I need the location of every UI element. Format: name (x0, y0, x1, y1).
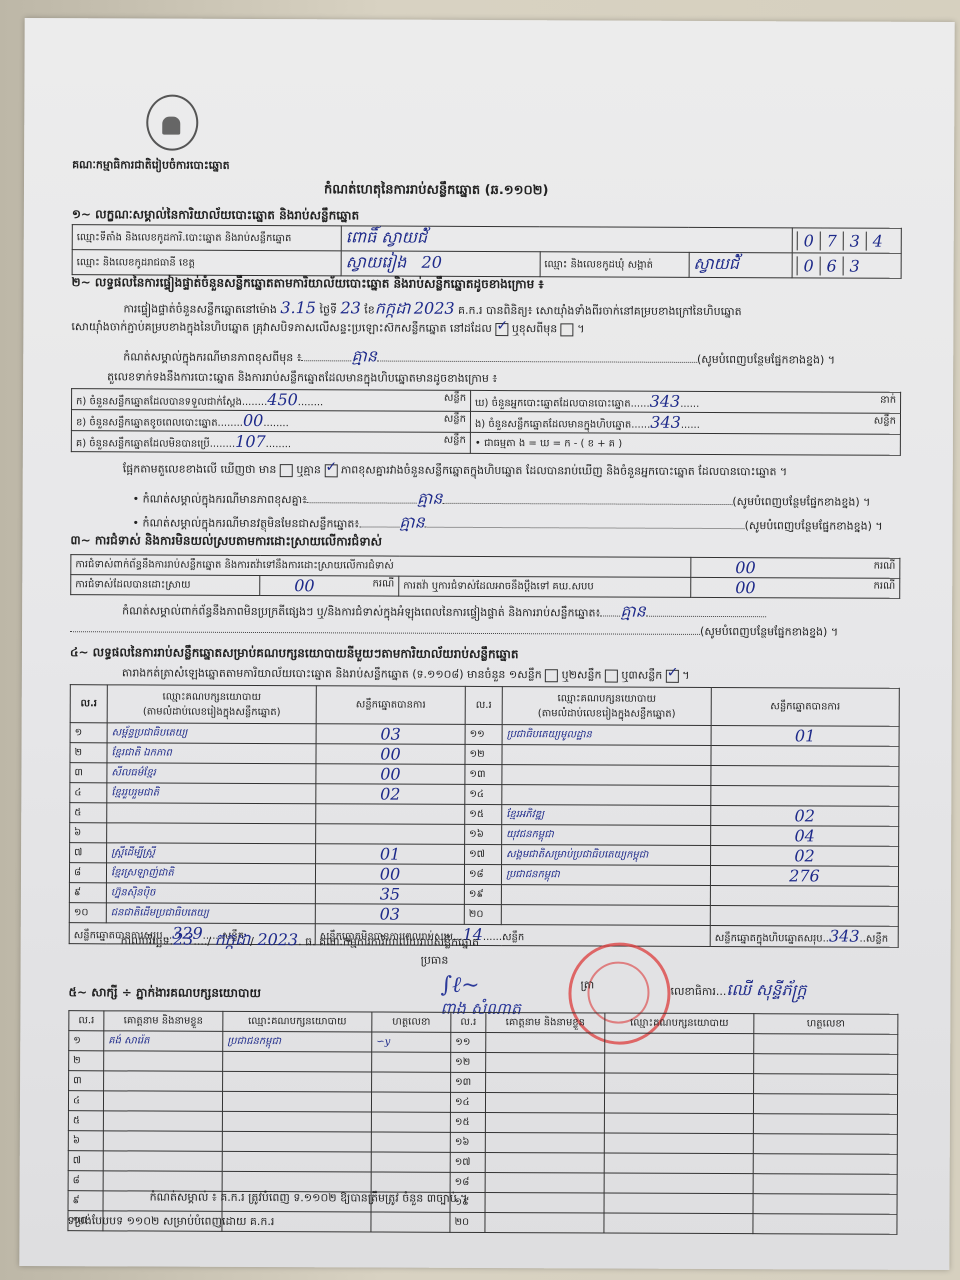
witness-signature (753, 1114, 897, 1135)
witness-signature (753, 1134, 897, 1155)
party-votes: 35 (315, 884, 464, 905)
witness-party (222, 1111, 371, 1132)
province-code: 20 (422, 253, 442, 272)
figure-row: ក) ចំនួនសន្លឹកឆ្នោតដែលបានទទួលជាក់ស្តែង..… (72, 389, 901, 414)
commune-value: ស្វាយជ័ំ (689, 252, 792, 277)
no-difference-checkbox[interactable] (324, 464, 337, 477)
witness-signature (371, 1152, 450, 1172)
row-number: ១២ (451, 1052, 486, 1072)
party-name: ខ្មែរស្រឡាញ់ជាតិ (106, 863, 315, 884)
witness-signature (753, 1214, 897, 1235)
row-number: ៤ (70, 783, 107, 803)
row-number: ៣ (70, 763, 107, 783)
party-votes: 02 (316, 784, 465, 805)
appeal-count: 00 (735, 578, 755, 597)
party-votes: 01 (711, 725, 899, 746)
party-votes: 00 (316, 764, 465, 785)
section3-heading: ៣~ ការជំទាស់ និងការមិនយល់ស្របតាមការដោះស្… (70, 532, 382, 551)
party-name (502, 785, 711, 806)
row-number: ៥ (68, 1111, 103, 1131)
party-name: ខ្មែរអភិវឌ្ឍ (502, 805, 711, 826)
party-name: ស្ត្រីដើម្បីស្ត្រី (107, 843, 316, 864)
comparison-line: ផ្អែកតាមតួលេខខាងលើ ឃើញថា មាន ឬគ្មាន ភាពខ… (123, 462, 788, 481)
chair-label: ប្រធាន (421, 954, 449, 970)
three-sheets-checkbox[interactable] (666, 669, 679, 682)
row-number: ២០ (464, 904, 501, 924)
secretary-line: លេខាធិការ...ឈើ សុន្ទីភ័ក្រ្ត (670, 979, 806, 1004)
party-name (502, 765, 711, 786)
witness-party (223, 1051, 372, 1072)
witness-signature (753, 1194, 897, 1215)
verification-day: 23 (340, 298, 360, 317)
row-number: ១២ (465, 744, 502, 764)
witness-name (485, 1112, 604, 1133)
witness-signature (371, 1212, 450, 1232)
witness-party (604, 1153, 753, 1174)
witness-name (103, 1131, 222, 1152)
row-number: ៩ (69, 883, 106, 903)
witness-signature (371, 1132, 450, 1152)
section1-heading: ១~ លក្ខណៈសម្គាល់នៃការិយាល័យបោះឆ្នោត និងរ… (72, 206, 359, 225)
party-votes: 00 (316, 744, 465, 765)
row-number: ១៦ (450, 1132, 485, 1152)
station-code: 0734 (792, 228, 901, 253)
section2-heading: ២~ លទ្ធផលនៃការផ្ទៀងផ្ទាត់ចំនួនសន្លឹកឆ្នោ… (72, 274, 544, 294)
party-name: សង្គមជាតិសម្រាប់ប្រជាធិបតេយ្យកម្ពុជា (502, 845, 711, 866)
witness-signature (754, 1074, 898, 1095)
witness-signature (372, 1052, 451, 1072)
witness-name (103, 1091, 222, 1112)
witness-party (605, 1053, 754, 1074)
party-name (107, 803, 316, 824)
province-label: ឈ្មោះ និងលេខកូដរាជធានី ខេត្ត (72, 250, 341, 276)
witness-name (103, 1151, 222, 1172)
row-number: ២ (69, 1051, 104, 1071)
witness-signature (753, 1154, 897, 1175)
witness-name (485, 1092, 604, 1113)
commune-label: ឈ្មោះ និងលេខកូដឃុំ សង្កាត់ (540, 252, 689, 278)
witness-party (604, 1093, 753, 1114)
witness-name (104, 1051, 223, 1072)
ballot-count-form: គណៈកម្មាធិការជាតិរៀបចំការបោះឆ្នោត កំណត់ហ… (19, 18, 954, 1270)
irregularity-note-line2: (សូមបំពេញបន្ថែមផ្នែកខាងខ្នង) ។ (70, 622, 838, 641)
row-number: ៩ (68, 1191, 103, 1211)
party-name: សម្ព័ន្ធប្រជាធិបតេយ្យ (107, 723, 316, 744)
section4-heading: ៤~ លទ្ធផលនៃការរាប់សន្លឹកឆ្នោតសម្រាប់គណបក… (70, 644, 519, 664)
party-name: សីលធម៌ខ្មែរ (107, 763, 316, 784)
row-number: ១៨ (450, 1172, 485, 1192)
party-name: ប្រជាធិបតេយ្យមូលដ្ឋាន (502, 725, 711, 746)
verification-month: កក្កដា (375, 299, 411, 318)
witness-name: គង់ សារ៉េត (104, 1031, 223, 1052)
row-number: ១៥ (450, 1112, 485, 1132)
objections-table: ការជំទាស់ពាក់ព័ន្ធនឹងការរាប់សន្លឹកឆ្នោត … (70, 554, 900, 599)
party-name: យុវជនកម្ពុជា (502, 825, 711, 846)
witness-name (485, 1192, 604, 1213)
witness-name (485, 1172, 604, 1193)
party-name: ប្រជាជនកម្ពុជា (501, 865, 710, 886)
party-votes: 03 (315, 904, 464, 925)
verification-time: 3.15 (280, 298, 316, 317)
form-title: កំណត់ហេតុនៃការរាប់សន្លឹកឆ្នោត (ឆ.១១០២) (324, 181, 549, 201)
figure-row: ខ) ចំនួនសន្លឹកឆ្នោតខូចពេលបោះឆ្នោត.......… (71, 410, 900, 435)
row-number: ១៤ (450, 1092, 485, 1112)
witness-name (104, 1071, 223, 1092)
commission-name: គណៈកម្មាធិការជាតិរៀបចំការបោះឆ្នោត (72, 158, 230, 175)
witness-name (485, 1212, 604, 1233)
party-name (502, 745, 711, 766)
witness-party (604, 1113, 753, 1134)
row-number: ១៦ (465, 824, 502, 844)
party-name (107, 823, 316, 844)
witness-party (223, 1071, 372, 1092)
witness-name (485, 1152, 604, 1173)
witness-name (486, 1032, 605, 1053)
party-name: ជនជាតិដើមប្រជាធិបតេយ្យ (106, 903, 315, 924)
row-number: ៦ (70, 823, 107, 843)
party-name (501, 905, 710, 926)
party-votes (316, 824, 465, 845)
row-number: ១៨ (464, 864, 501, 884)
row-number: ២០ (450, 1212, 485, 1232)
party-votes: 00 (315, 864, 464, 885)
two-sheets-checkbox[interactable] (605, 669, 618, 682)
party-name: ខ្មែររួបរួមជាតិ (107, 783, 316, 804)
witness-name (103, 1111, 222, 1132)
secretary-name: ឈើ សុន្ទីភ័ក្រ្ត (726, 980, 806, 999)
row-number: ១៧ (450, 1152, 485, 1172)
witness-signature (754, 1034, 898, 1055)
ballot-figures-table: ក) ចំនួនសន្លឹកឆ្នោតដែលបានទទួលជាក់ស្តែង..… (71, 388, 901, 456)
objections-count: 00 (735, 558, 755, 577)
form-note: ទម្រង់បែបបទ ១១០២ សម្រាប់បំពេញដោយ គ.ក.រ (67, 1214, 274, 1231)
party-results-table: ល.រ ឈ្មោះគណបក្សនយោបាយ(តាមលំដាប់លេខរៀងក្ន… (69, 684, 900, 948)
row-number: ១៤ (465, 784, 502, 804)
nec-logo-icon (146, 95, 198, 151)
difference-note-value: គ្មាន (352, 346, 377, 365)
same-checkbox[interactable] (495, 323, 508, 336)
witness-name (486, 1052, 605, 1073)
has-difference-checkbox[interactable] (280, 464, 293, 477)
row-number: ១៧ (465, 844, 502, 864)
row-number: ១៣ (465, 764, 502, 784)
station-label: ឈ្មោះទីតាំង និងលេខកូដការិ.បោះឆ្នោត និងរា… (72, 225, 341, 251)
province-value: ស្វាយរៀង 20 (341, 251, 540, 277)
witness-party (604, 1133, 753, 1154)
witness-signature: ∽y (372, 1032, 451, 1052)
row-number: ៨ (69, 863, 106, 883)
row-number: ១ (69, 1031, 104, 1051)
station-value: ពោធិ៍ ស្វាយជ័ំ (341, 226, 792, 253)
witness-party (222, 1171, 371, 1192)
witness-party (604, 1193, 753, 1214)
witness-party (222, 1131, 371, 1152)
party-votes (316, 804, 465, 825)
party-votes: 02 (711, 845, 899, 866)
irregularity-note-line: កំណត់សម្គាល់ពាក់ព័ន្ធនឹងភាពមិនប្រក្រតីផ្… (122, 598, 766, 625)
witness-party (604, 1213, 753, 1234)
witness-name (485, 1132, 604, 1153)
footer-note: កំណត់សម្គាល់ ៖ គ.ក.រ ត្រូវបំពេញ ទ.១១០២ ឱ… (150, 1191, 468, 1208)
seal-status-line: សោយ៉ាំងចាក់ភ្ជាប់គម្របខាងក្នុងនៃហិបឆ្នោត… (71, 320, 584, 338)
row-number: ៧ (70, 843, 107, 863)
diff-note-line: • កំណត់សម្គាល់ក្នុងករណីមានភាពខុសគ្នា៖គ្ម… (133, 486, 871, 513)
party-votes: 02 (711, 805, 899, 826)
row-number: ៦ (68, 1131, 103, 1151)
stamp-label: ត្រា (580, 978, 594, 994)
witness-signature (371, 1092, 450, 1112)
row-number: ១១ (451, 1032, 486, 1052)
commune-code: 063 (792, 253, 901, 278)
party-votes: 04 (711, 825, 899, 846)
witness-party (605, 1033, 754, 1054)
witness-party: ប្រជាជនកម្ពុជា (223, 1031, 372, 1052)
party-votes: 276 (710, 865, 898, 886)
row-number: ១០ (69, 903, 106, 923)
resolved-count: 00 (294, 576, 314, 595)
party-votes (710, 885, 898, 906)
witness-name (486, 1072, 605, 1093)
row-number: ៨ (68, 1171, 103, 1191)
tally-sheets-line: តារាងកត់ត្រាសំឡេងឆ្នោតតាមការិយាល័យបោះឆ្ន… (122, 666, 690, 684)
row-number: ២ (70, 743, 107, 763)
different-checkbox[interactable] (561, 323, 574, 336)
witness-party (604, 1173, 753, 1194)
party-votes: 01 (316, 844, 465, 865)
row-number: ៣ (69, 1071, 104, 1091)
row-number: ១ (70, 723, 107, 743)
verification-year: 2023 (414, 299, 455, 318)
witness-party (605, 1073, 754, 1094)
row-number: ១៩ (464, 884, 501, 904)
verification-line: ការផ្ទៀងផ្ទាត់ចំនួនសន្លឹកឆ្នោតនៅម៉ោង 3.1… (123, 296, 741, 323)
witness-signature (753, 1174, 897, 1195)
party-votes (711, 785, 899, 806)
party-votes: 03 (316, 724, 465, 745)
section5-heading: ៥~ សាក្សី ÷ ភ្នាក់ងារគណបក្សនយោបាយ (68, 984, 261, 1003)
party-name: ហ្វ៊ុនស៊ិនប៉ិច (106, 883, 315, 904)
party-votes (711, 745, 899, 766)
station-id-table: ឈ្មោះទីតាំង និងលេខកូដការិ.បោះឆ្នោត និងរា… (72, 224, 902, 279)
one-sheet-checkbox[interactable] (545, 669, 558, 682)
witness-signature (753, 1094, 897, 1115)
figures-intro: តួលេខទាក់ទងនឹងការបោះឆ្នោត និងការរាប់សន្ល… (107, 370, 497, 388)
party-name: ខ្មែរជាតិ ឯកភាព (107, 743, 316, 764)
difference-note-line: កំណត់សម្គាល់ក្នុងករណីមានភាពខុសពីមុន ៖គ្ម… (123, 344, 835, 371)
witness-signature (371, 1112, 450, 1132)
chair-signature: ∫ℓ~ (440, 972, 479, 998)
date-line: កាលបរិច្ឆេទ.23..../ កក្កដា/ 2023. ធ. គណៈ… (121, 928, 479, 954)
witness-party (222, 1151, 371, 1172)
witness-party (222, 1091, 371, 1112)
row-number: ៧ (68, 1151, 103, 1171)
row-number: ១១ (465, 724, 502, 744)
row-number: ១៣ (451, 1072, 486, 1092)
row-number: ៥ (70, 803, 107, 823)
row-number: ១៥ (465, 804, 502, 824)
total-in-box: សន្លឹកឆ្នោតក្នុងហិបឆ្នោតសរុប..343..សន្លឹ… (710, 925, 898, 947)
witness-signature (371, 1172, 450, 1192)
witness-name (103, 1171, 222, 1192)
witness-signature (372, 1072, 451, 1092)
party-votes (710, 905, 898, 926)
witness-signature (754, 1054, 898, 1075)
party-votes (711, 765, 899, 786)
figure-row: គ) ចំនួនសន្លឹកឆ្នោតដែលមិនបានប្រើ........… (71, 431, 900, 456)
party-name (501, 885, 710, 906)
row-number: ៤ (68, 1091, 103, 1111)
